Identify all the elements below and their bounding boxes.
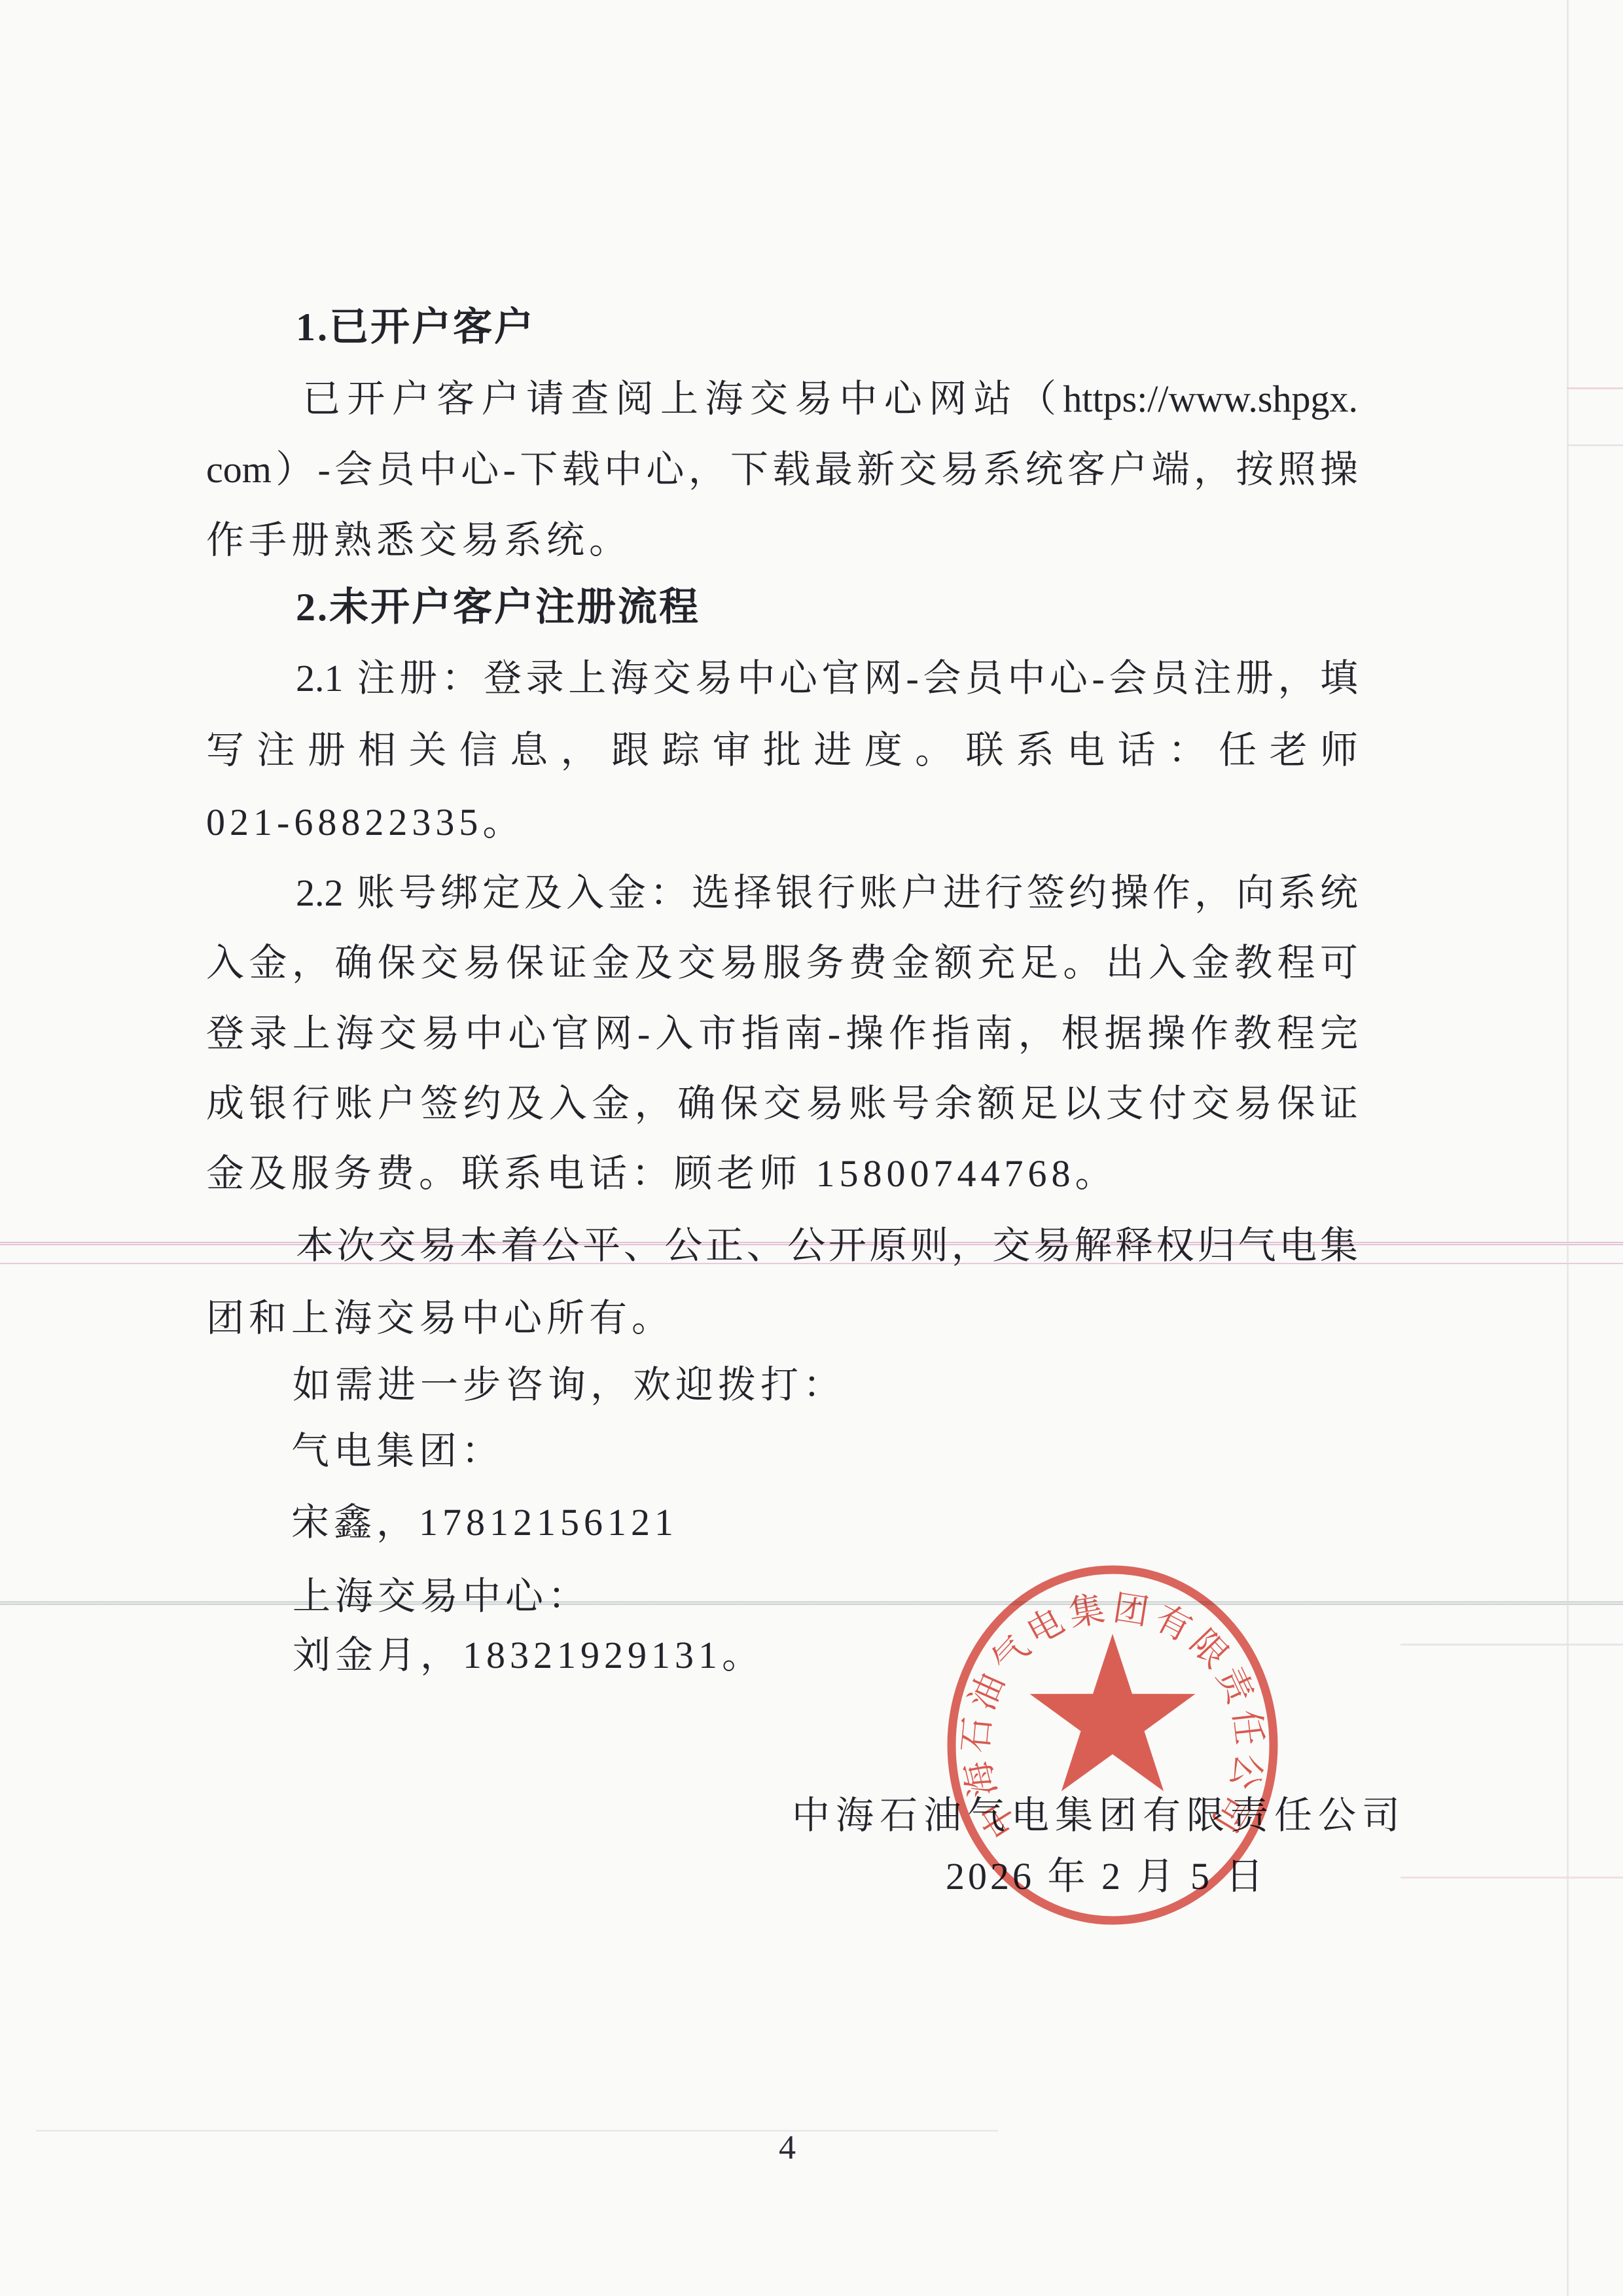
seal-star [1030,1634,1196,1792]
body-line: 成银行账户签约及入金，确保交易账号余额足以支付交易保证 [206,1069,1358,1139]
scan-artifact-bottom-speckle [36,2130,998,2132]
body-line-contact-song-xin: 宋鑫，17812156121 [291,1487,678,1558]
body-line-contact-intro: 如需进一步咨询，欢迎拨打： [293,1350,846,1421]
heading-opened-customers: 1.已开户客户 [296,292,535,362]
scan-artifact-right-edge-vertical [1567,0,1569,2296]
body-line: 2.2 账号绑定及入金：选择银行账户进行签约操作，向系统 [296,858,1358,928]
scan-artifact-right-tick-2 [1567,444,1623,446]
body-line-gas-group-label: 气电集团： [291,1416,504,1487]
scan-artifact-right-line-2 [1400,1877,1623,1879]
scan-artifact-right-tick-1 [1567,387,1623,389]
body-line: 作手册熟悉交易系统。 [206,505,632,576]
scanned-document-page: { "doc": { "lines": [ "1.已开户客户", "已开户客户请… [0,0,1623,2296]
body-line: com）-会员中心-下载中心，下载最新交易系统客户端，按照操 [206,434,1358,505]
heading-registration-flow: 2.未开户客户注册流程 [296,572,700,643]
body-line: 入金，确保交易保证金及交易服务费金额充足。出入金教程可 [206,928,1358,998]
body-line: 已开户客户请查阅上海交易中心网站（https://www.shpgx. [302,364,1358,434]
body-line: 本次交易本着公平、公正、公开原则，交易解释权归气电集 [296,1210,1358,1281]
body-line-contact-liu-jinyue: 刘金月，18321929131。 [293,1620,764,1691]
body-line: 2.1 注册：登录上海交易中心官网-会员中心-会员注册，填 [296,643,1358,714]
scan-artifact-gray-rule [0,1601,1623,1605]
company-seal: 中海石油气电集团有限责任公司 [929,1552,1296,1945]
body-line-phone: 金及服务费。联系电话：顾老师 15800744768。 [206,1139,1118,1209]
body-line: 登录上海交易中心官网-入市指南-操作指南，根据操作教程完 [206,998,1358,1069]
page-number: 4 [779,2113,796,2183]
body-line: 团和上海交易中心所有。 [206,1283,674,1354]
body-line: 写注册相关信息，跟踪审批进度。联系电话：任老师 [206,715,1358,786]
scan-artifact-right-line-1 [1400,1644,1623,1646]
body-line-phone: 021-68822335。 [206,787,525,858]
